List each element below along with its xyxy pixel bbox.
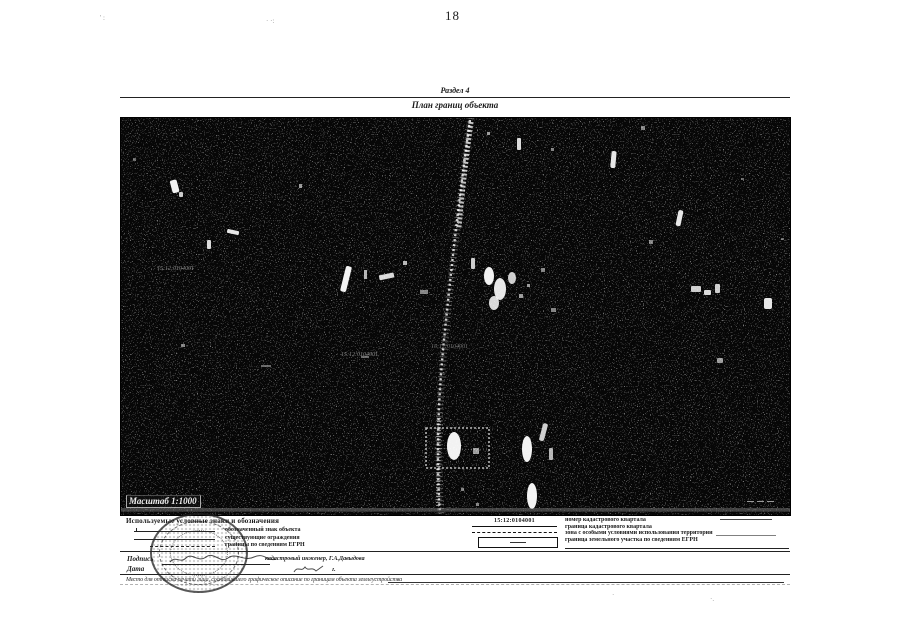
engineer-name: кадастровый инженер, Г.А.Давыдова bbox=[265, 556, 365, 562]
map-label-quarter-road: 15:12:0104001 bbox=[431, 343, 468, 350]
round-stamp-icon bbox=[150, 513, 248, 593]
page-number: 18 bbox=[0, 8, 905, 24]
cadastral-quarter-number: 15:12:0104001 bbox=[472, 518, 557, 524]
document-page: 18 ' : · ·: · ·. Раздел 4 План границ об… bbox=[0, 0, 905, 640]
scan-line-artifact bbox=[716, 535, 776, 536]
legend-right-label: номер кадастрового квартала bbox=[565, 517, 789, 524]
map-label-quarter-center: 15:12:0104001 bbox=[341, 351, 378, 358]
plan-title: План границ объекта bbox=[120, 98, 790, 113]
legend-divider-line bbox=[565, 548, 789, 549]
section-title: Раздел 4 bbox=[120, 86, 790, 98]
date-label: Дата bbox=[127, 565, 144, 573]
scan-artifact: ·. bbox=[710, 595, 714, 603]
legend-right-label: граница кадастрового квартала bbox=[565, 524, 789, 531]
legend-right-labels: номер кадастрового квартала граница када… bbox=[565, 517, 789, 543]
satellite-map-graphic: 15:12:0104001 15:12:0104001 15:12:010400… bbox=[121, 118, 790, 515]
scan-artifact: · ·: bbox=[266, 17, 274, 25]
map-corner-marks-icon bbox=[744, 492, 774, 510]
zone-border-sample-icon bbox=[472, 532, 557, 533]
document-header: Раздел 4 План границ объекта bbox=[120, 86, 790, 113]
legend-right-label: граница земельного участка по сведениям … bbox=[565, 537, 789, 544]
parcel-box-sample-icon bbox=[478, 537, 558, 548]
map-label-quarter-left: 15:12:0104001 bbox=[157, 265, 194, 272]
scan-artifact: · bbox=[612, 591, 614, 599]
date-suffix: г. bbox=[332, 567, 336, 573]
quarter-border-sample-icon bbox=[472, 526, 557, 527]
footer-line bbox=[388, 582, 784, 583]
map-scale-label: Масштаб 1:1000 bbox=[126, 495, 201, 508]
satellite-plan-image: 15:12:0104001 15:12:0104001 15:12:010400… bbox=[120, 117, 791, 516]
scan-line-artifact bbox=[720, 519, 772, 520]
scan-artifact: ' : bbox=[100, 14, 105, 22]
